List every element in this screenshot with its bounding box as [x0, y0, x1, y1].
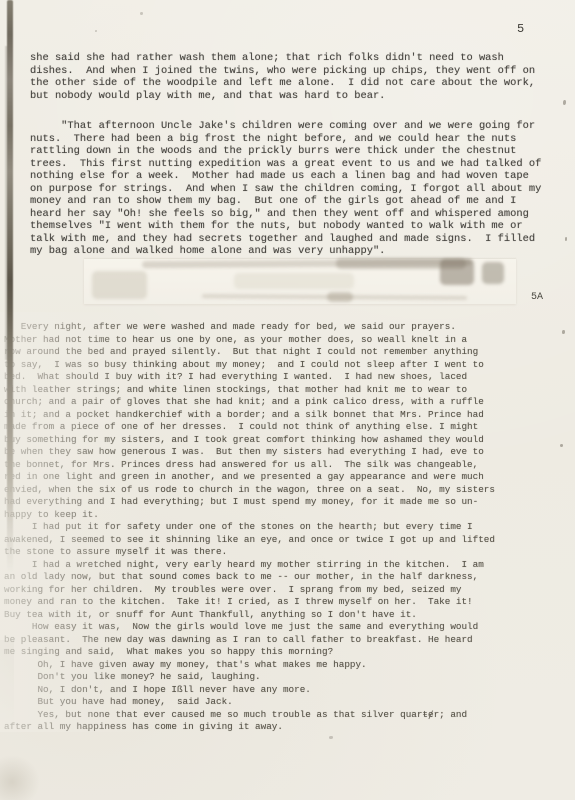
typescript-page-5a-text: Every night, after we were washed and ma… — [4, 321, 495, 734]
tape-smudge — [234, 273, 354, 289]
text-line: Every night, after we were washed and ma… — [4, 321, 495, 334]
binding-edge-shadow — [7, 0, 13, 572]
scanned-typescript-page: 5 she said she had rather wash them alon… — [0, 0, 575, 800]
text-line: rattling down in the woods and the prick… — [30, 145, 541, 158]
text-line: bed. What should I buy with it? I had ev… — [4, 371, 495, 384]
paragraph: I had put it for safety under one of the… — [4, 521, 495, 559]
text-line: church; and a pair of gloves that she ha… — [4, 396, 495, 409]
ink-speck — [140, 12, 143, 15]
text-line: the stone to assure myself it was there. — [4, 546, 495, 559]
paragraph: "That afternoon Uncle Jake's children we… — [30, 120, 541, 258]
tape-smudge — [482, 262, 504, 284]
text-line: the bonnet, for Mrs. Princes dress had a… — [4, 459, 495, 472]
text-line: money and ran to the kitchen. Take it! I… — [4, 596, 495, 609]
tape-smudge — [92, 271, 147, 299]
text-line: awakened, I seemed to see it shinning li… — [4, 534, 495, 547]
text-line: nothing else for a week. Mother had made… — [30, 170, 541, 183]
text-line: buy something for my sisters, and I took… — [4, 434, 495, 447]
text-line: be pleasant. The new day was dawning as … — [4, 634, 495, 647]
text-line: heard her say "Oh! she feels so big," an… — [30, 208, 541, 221]
page-number: 5 — [517, 22, 524, 36]
text-line: nuts. There had been a big frost the nig… — [30, 133, 541, 146]
text-line: made from a piece of one of her dresses.… — [4, 421, 495, 434]
text-line: themselves "I went with them for the nut… — [30, 220, 541, 233]
text-line: "That afternoon Uncle Jake's children we… — [30, 120, 541, 133]
text-line: working for her children. My troubles we… — [4, 584, 495, 597]
text-line: my bag alone and walked home alone and w… — [30, 245, 541, 258]
text-line: Mother had not time to hear us one by on… — [4, 334, 495, 347]
tape-smudge — [327, 292, 353, 302]
paragraph: she said she had rather wash them alone;… — [30, 52, 541, 102]
text-line: How easy it was, Now the girls would lov… — [4, 621, 495, 634]
ink-speck — [565, 237, 567, 241]
text-line: be when they saw how generous I was. But… — [4, 446, 495, 459]
text-line: I had put it for safety under one of the… — [4, 521, 495, 534]
ink-speck — [560, 444, 563, 447]
typescript-page-5-text: she said she had rather wash them alone;… — [30, 52, 541, 258]
text-line: row around the bed and prayed silently. … — [4, 346, 495, 359]
text-line: in it; and a pocket handkerchief with a … — [4, 409, 495, 422]
text-line: envied, when the six of us rode to churc… — [4, 484, 495, 497]
text-line: money and ran to show them my bag. But o… — [30, 195, 541, 208]
text-line: an old lady now, but that sound comes ba… — [4, 571, 495, 584]
text-line: had everything and I had everything; but… — [4, 496, 495, 509]
text-line: after all my happiness has come in givin… — [4, 721, 495, 734]
text-line: But you have had money, said Jack. — [4, 696, 495, 709]
text-line: Buy tea with it, or snuff for Aunt Thank… — [4, 609, 495, 622]
text-line: dishes. And when I joined the twins, who… — [30, 65, 541, 78]
text-line: the other side of the woodpile and left … — [30, 77, 541, 90]
text-line: I had a wretched night, very early heard… — [4, 559, 495, 572]
text-line: but nobody would play with me, and that … — [30, 90, 541, 103]
text-line: talk with me, and they had secrets toget… — [30, 233, 541, 246]
paragraph: I had a wretched night, very early heard… — [4, 559, 495, 622]
paragraph: How easy it was, Now the girls would lov… — [4, 621, 495, 734]
insert-page-number: 5A — [531, 292, 543, 303]
paragraph: Every night, after we were washed and ma… — [4, 321, 495, 521]
text-line: Yes, but none that ever caused me so muc… — [4, 709, 495, 722]
ink-speck — [329, 736, 333, 739]
text-line: to say, I was so busy thinking about my … — [4, 359, 495, 372]
text-line: with leather strings; and white linen st… — [4, 384, 495, 397]
text-line: red in one light and green in another, a… — [4, 471, 495, 484]
tape-seam — [84, 259, 516, 304]
text-line: No, I don't, and I hope Ißll never have … — [4, 684, 495, 697]
ink-speck — [562, 330, 565, 334]
text-line: Don't you like money? he said, laughing. — [4, 671, 495, 684]
ink-speck — [95, 30, 97, 32]
text-line: on purpose for strings. And when I saw t… — [30, 183, 541, 196]
text-line: trees. This first nutting expedition was… — [30, 158, 541, 171]
text-line: me singing and said, What makes you so h… — [4, 646, 495, 659]
text-line: Oh, I have given away my money, that's w… — [4, 659, 495, 672]
ink-speck — [563, 100, 566, 105]
paper-stain — [0, 755, 40, 800]
text-line: she said she had rather wash them alone;… — [30, 52, 541, 65]
text-line: happy to keep it. — [4, 509, 495, 522]
tape-smudge — [440, 259, 474, 285]
